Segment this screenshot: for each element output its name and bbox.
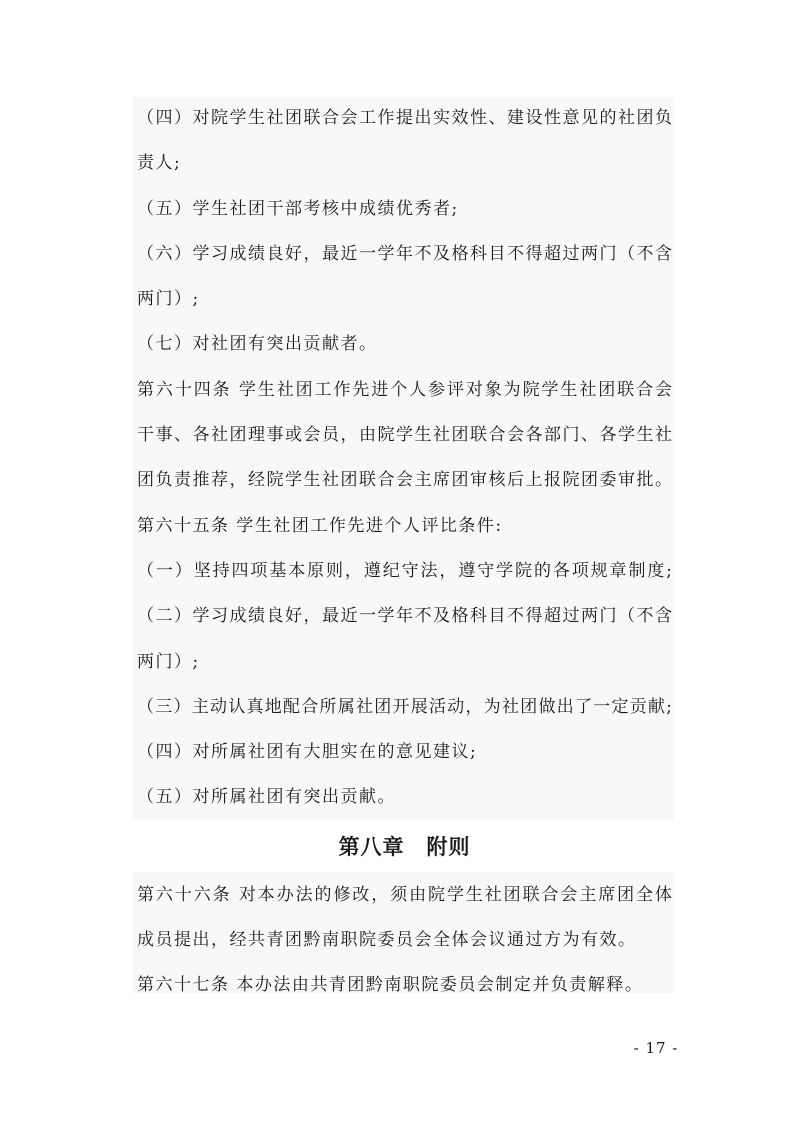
- chapter-heading: 第八章 附则: [137, 821, 672, 873]
- body-line: 干事、各社团理事或会员，由院学生社团联合会各部门、各学生社: [137, 413, 672, 458]
- body-line: （五）对所属社团有突出贡献。: [137, 775, 672, 820]
- page-number: - 17 -: [628, 1038, 684, 1058]
- body-line: （二）学习成绩良好，最近一学年不及格科目不得超过两门（不含: [137, 594, 672, 639]
- body-line: （七）对社团有突出贡献者。: [137, 322, 672, 367]
- body-line: （五）学生社团干部考核中成绩优秀者;: [137, 187, 672, 232]
- body-line: 第六十六条 对本办法的修改，须由院学生社团联合会主席团全体: [137, 873, 672, 918]
- body-line: 第六十五条 学生社团工作先进个人评比条件:: [137, 504, 672, 549]
- body-line: （六）学习成绩良好，最近一学年不及格科目不得超过两门（不含: [137, 232, 672, 277]
- body-line: 第六十四条 学生社团工作先进个人参评对象为院学生社团联合会: [137, 368, 672, 413]
- document-page: （四）对院学生社团联合会工作提出实效性、建设性意见的社团负 责人; （五）学生社…: [0, 0, 793, 1122]
- body-line: 责人;: [137, 141, 672, 186]
- text-column: （四）对院学生社团联合会工作提出实效性、建设性意见的社团负 责人; （五）学生社…: [137, 96, 672, 1009]
- body-line: （三）主动认真地配合所属社团开展活动，为社团做出了一定贡献;: [137, 685, 672, 730]
- body-line: 两门）;: [137, 277, 672, 322]
- body-line: 团负责推荐，经院学生社团联合会主席团审核后上报院团委审批。: [137, 458, 672, 503]
- body-line: 两门）;: [137, 640, 672, 685]
- body-line: 第六十七条 本办法由共青团黔南职院委员会制定并负责解释。: [137, 963, 672, 1008]
- body-line: 成员提出，经共青团黔南职院委员会全体会议通过方为有效。: [137, 918, 672, 963]
- body-line: （四）对所属社团有大胆实在的意见建议;: [137, 730, 672, 775]
- body-line: （四）对院学生社团联合会工作提出实效性、建设性意见的社团负: [137, 96, 672, 141]
- body-line: （一）坚持四项基本原则，遵纪守法，遵守学院的各项规章制度;: [137, 549, 672, 594]
